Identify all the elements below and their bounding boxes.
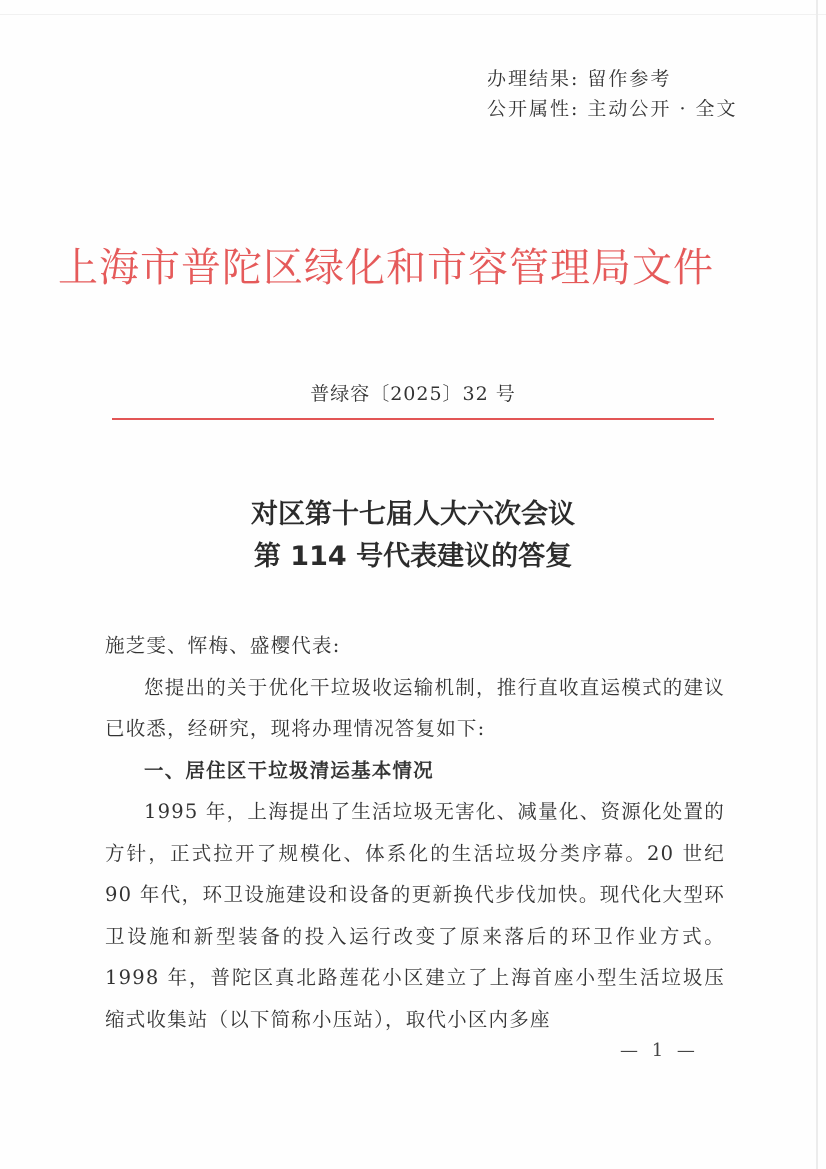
disclosure-attribute: 公开属性:主动公开 · 全文 <box>487 94 738 124</box>
handling-result-value: 留作参考 <box>587 68 671 90</box>
document-title: 对区第十七届人大六次会议 第 114 号代表建议的答复 <box>0 494 826 578</box>
page-number: — 1 — <box>620 1040 699 1061</box>
title-line-2: 第 114 号代表建议的答复 <box>0 536 826 578</box>
document-page: 办理结果:留作参考 公开属性:主动公开 · 全文 上海市普陀区绿化和市容管理局文… <box>0 0 826 1169</box>
intro-paragraph: 您提出的关于优化干垃圾收运输机制，推行直收直运模式的建议已收悉，经研究，现将办理… <box>105 667 725 750</box>
handling-result-label: 办理结果: <box>487 68 579 90</box>
disclosure-label: 公开属性: <box>487 98 579 120</box>
salutation: 施芝雯、恽梅、盛樱代表: <box>105 625 725 667</box>
title-line-1: 对区第十七届人大六次会议 <box>0 494 826 536</box>
document-body: 施芝雯、恽梅、盛樱代表: 您提出的关于优化干垃圾收运输机制，推行直收直运模式的建… <box>105 625 725 1040</box>
section-heading-1: 一、居住区干垃圾清运基本情况 <box>105 750 725 792</box>
red-divider-rule <box>112 418 714 420</box>
document-meta: 办理结果:留作参考 公开属性:主动公开 · 全文 <box>487 64 738 124</box>
disclosure-value: 主动公开 · 全文 <box>587 98 737 120</box>
scan-edge-top <box>0 14 826 15</box>
section-1-paragraph: 1995 年，上海提出了生活垃圾无害化、减量化、资源化处置的方针，正式拉开了规模… <box>105 791 725 1040</box>
document-number: 普绿容〔2025〕32 号 <box>0 379 826 406</box>
issuer-header: 上海市普陀区绿化和市容管理局文件 <box>58 236 778 293</box>
scan-edge-right <box>816 0 818 1169</box>
handling-result: 办理结果:留作参考 <box>487 64 738 94</box>
